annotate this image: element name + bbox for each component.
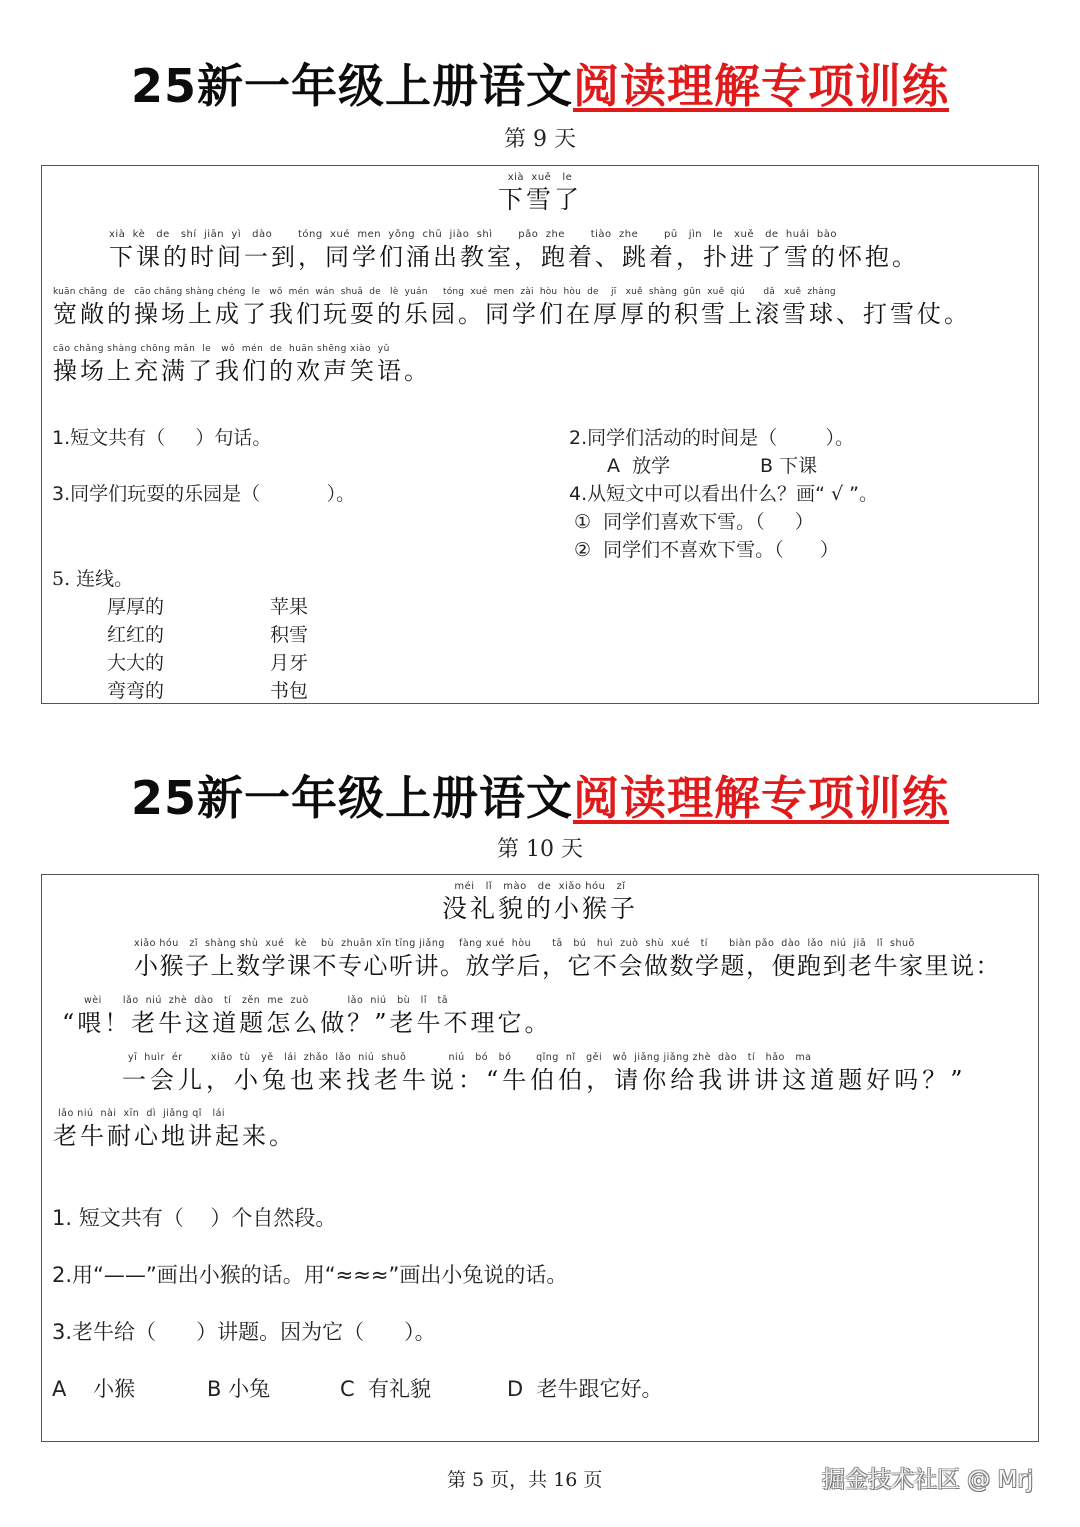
option-d: D 老牛跟它好。	[507, 1373, 663, 1403]
question-3: 3.老牛给（ ）讲题。因为它（ ）。	[52, 1316, 436, 1346]
question-2-option-a: A 放学	[607, 451, 670, 478]
passage-pinyin: kuān chǎng de cāo chǎng shàng chéng le w…	[53, 285, 971, 299]
question-2-option-b: B 下课	[760, 451, 817, 478]
reading-passage-box-day9: xià xuě le 下雪了 xià kè de shí jiān yì dào…	[41, 165, 1039, 704]
question-2: 2.同学们活动的时间是（ ）。	[569, 423, 854, 450]
passage-text: 老牛耐心地讲起来。	[53, 1121, 296, 1151]
passage-line: xiǎo hóu zǐ shàng shù xué kè bù zhuān xī…	[134, 937, 1001, 981]
option-a: A 小猴	[52, 1373, 135, 1403]
question-4: 4.从短文中可以看出什么？画“ √ ”。	[569, 479, 878, 506]
passage-text: 一会儿，小兔也来找老牛说：“牛伯伯，请你给我讲讲这道题好吗？”	[122, 1065, 967, 1095]
passage-pinyin: wèi lǎo niú zhè dào tí zěn me zuò lǎo ni…	[62, 994, 552, 1008]
passage-line: lǎo niú nài xīn dì jiǎng qǐ lái 老牛耐心地讲起来…	[53, 1107, 296, 1151]
story-title-pinyin: xià xuě le	[42, 171, 1038, 185]
passage-text: 操场上充满了我们的欢声笑语。	[53, 356, 431, 386]
passage-line: yī huìr ér xiǎo tù yě lái zhǎo lǎo niú s…	[122, 1051, 967, 1095]
option-c: C 有礼貌	[340, 1373, 431, 1403]
match-left-item: 大大的	[107, 648, 164, 675]
passage-line: cāo chǎng shàng chōng mǎn le wǒ mén de h…	[53, 342, 431, 386]
question-1: 1. 短文共有（ ）个自然段。	[52, 1202, 336, 1232]
question-5: 5. 连线。	[52, 564, 133, 591]
passage-line: kuān chǎng de cāo chǎng shàng chéng le w…	[53, 285, 971, 329]
question-2: 2.用“——”画出小猴的话。用“≈≈≈”画出小兔说的话。	[52, 1259, 567, 1289]
title-main: 25新一年级上册语文	[131, 771, 573, 825]
passage-pinyin: xià kè de shí jiān yì dào tóng xué men y…	[109, 228, 919, 242]
passage-pinyin: yī huìr ér xiǎo tù yě lái zhǎo lǎo niú s…	[122, 1051, 967, 1065]
title-main: 25新一年级上册语文	[131, 59, 573, 113]
watermark: 掘金技术社区 @ Mrj	[822, 1461, 1033, 1494]
question-4-option-1: ① 同学们喜欢下雪。（ ）	[574, 507, 814, 534]
story-title: xià xuě le 下雪了	[42, 171, 1038, 215]
passage-text: 宽敞的操场上成了我们玩耍的乐园。同学们在厚厚的积雪上滚雪球、打雪仗。	[53, 299, 971, 329]
passage-text: “喂！老牛这道题怎么做？”老牛不理它。	[62, 1008, 552, 1038]
question-1: 1.短文共有（ ）句话。	[52, 423, 271, 450]
title-highlight: 阅读理解专项训练	[573, 771, 949, 825]
passage-line: wèi lǎo niú zhè dào tí zěn me zuò lǎo ni…	[62, 994, 552, 1038]
passage-text: 下课的时间一到，同学们涌出教室，跑着、跳着，扑进了雪的怀抱。	[109, 242, 919, 272]
day-label: 第 9 天	[0, 122, 1080, 153]
match-right-item: 积雪	[270, 620, 308, 647]
passage-pinyin: cāo chǎng shàng chōng mǎn le wǒ mén de h…	[53, 342, 431, 356]
worksheet-title-day10: 25新一年级上册语文阅读理解专项训练	[0, 762, 1080, 828]
page-number: 第 5 页，共 16 页	[447, 1465, 602, 1492]
story-title: méi lǐ mào de xiǎo hóu zǐ 没礼貌的小猴子	[42, 880, 1038, 924]
story-title-pinyin: méi lǐ mào de xiǎo hóu zǐ	[42, 880, 1038, 894]
story-title-text: 没礼貌的小猴子	[42, 894, 1038, 924]
option-b: B 小兔	[207, 1373, 270, 1403]
match-left-item: 厚厚的	[107, 592, 164, 619]
question-4-option-2: ② 同学们不喜欢下雪。（ ）	[574, 535, 839, 562]
passage-pinyin: xiǎo hóu zǐ shàng shù xué kè bù zhuān xī…	[134, 937, 1001, 951]
story-title-text: 下雪了	[42, 185, 1038, 215]
worksheet-title-day9: 25新一年级上册语文阅读理解专项训练	[0, 50, 1080, 116]
passage-line: xià kè de shí jiān yì dào tóng xué men y…	[109, 228, 919, 272]
question-3: 3.同学们玩耍的乐园是（ ）。	[52, 479, 355, 506]
match-left-item: 弯弯的	[107, 676, 164, 703]
match-left-item: 红红的	[107, 620, 164, 647]
passage-text: 小猴子上数学课不专心听讲。放学后，它不会做数学题，便跑到老牛家里说：	[134, 951, 1001, 981]
title-highlight: 阅读理解专项训练	[573, 59, 949, 113]
reading-passage-box-day10: méi lǐ mào de xiǎo hóu zǐ 没礼貌的小猴子 xiǎo h…	[41, 874, 1039, 1442]
match-right-item: 书包	[270, 676, 308, 703]
day-label: 第 10 天	[0, 832, 1080, 863]
match-right-item: 月牙	[270, 648, 308, 675]
match-right-item: 苹果	[270, 592, 308, 619]
passage-pinyin: lǎo niú nài xīn dì jiǎng qǐ lái	[53, 1107, 296, 1121]
